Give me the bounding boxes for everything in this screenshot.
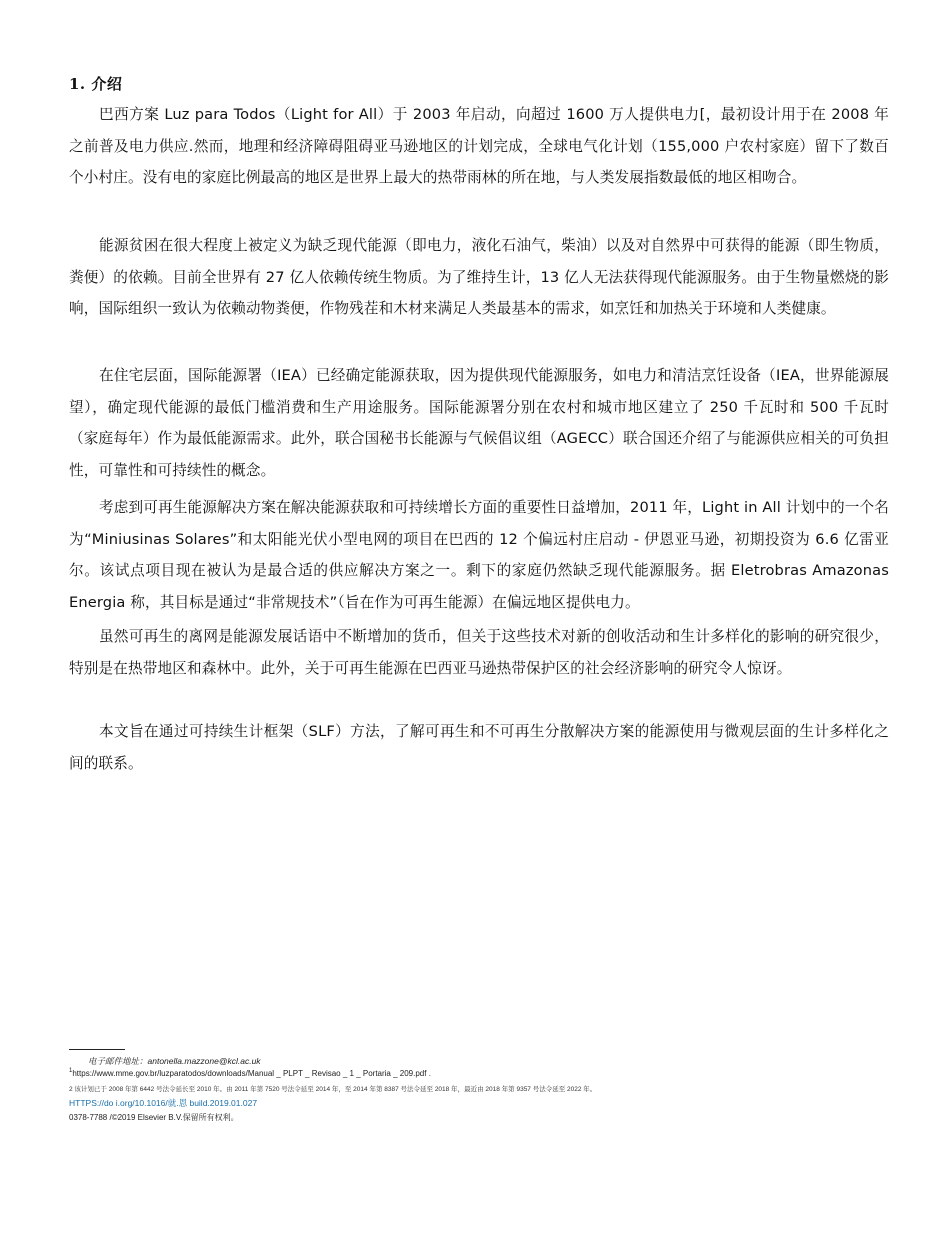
footnote-2: 2 该计划已于 2008 年第 6442 号法令延长至 2010 年。由 201… [69, 1084, 596, 1093]
paragraph-5: 虽然可再生的离网是能源发展话语中不断增加的货币，但关于这些技术对新的创收活动和生… [69, 621, 889, 684]
footnote-1: 1https://www.mme.gov.br/luzparatodos/dow… [69, 1068, 431, 1078]
section-heading: 1. 介绍 [69, 73, 122, 94]
paragraph-1: 巴西方案 Luz para Todos（Light for All）于 2003… [69, 99, 889, 194]
copyright-notice: 0378-7788 /©2019 Elsevier B.V.保留所有权利。 [69, 1112, 239, 1123]
footnote-divider [69, 1049, 125, 1050]
footnote-1-url[interactable]: https://www.mme.gov.br/luzparatodos/down… [72, 1069, 431, 1078]
paragraph-2: 能源贫困在很大程度上被定义为缺乏现代能源（即电力，液化石油气，柴油）以及对自然界… [69, 230, 889, 325]
doi-link[interactable]: HTTPS://do i.org/10.1016/就.恩 build.2019.… [69, 1097, 257, 1109]
paragraph-6: 本文旨在通过可持续生计框架（SLF）方法，了解可再生和不可再生分散解决方案的能源… [69, 716, 889, 779]
author-email-footnote: 电子邮件地址：antonella.mazzone@kcl.ac.uk [88, 1055, 261, 1067]
paragraph-3: 在住宅层面，国际能源署（IEA）已经确定能源获取，因为提供现代能源服务，如电力和… [69, 360, 889, 486]
paragraph-4: 考虑到可再生能源解决方案在解决能源获取和可持续增长方面的重要性日益增加，2011… [69, 492, 889, 618]
